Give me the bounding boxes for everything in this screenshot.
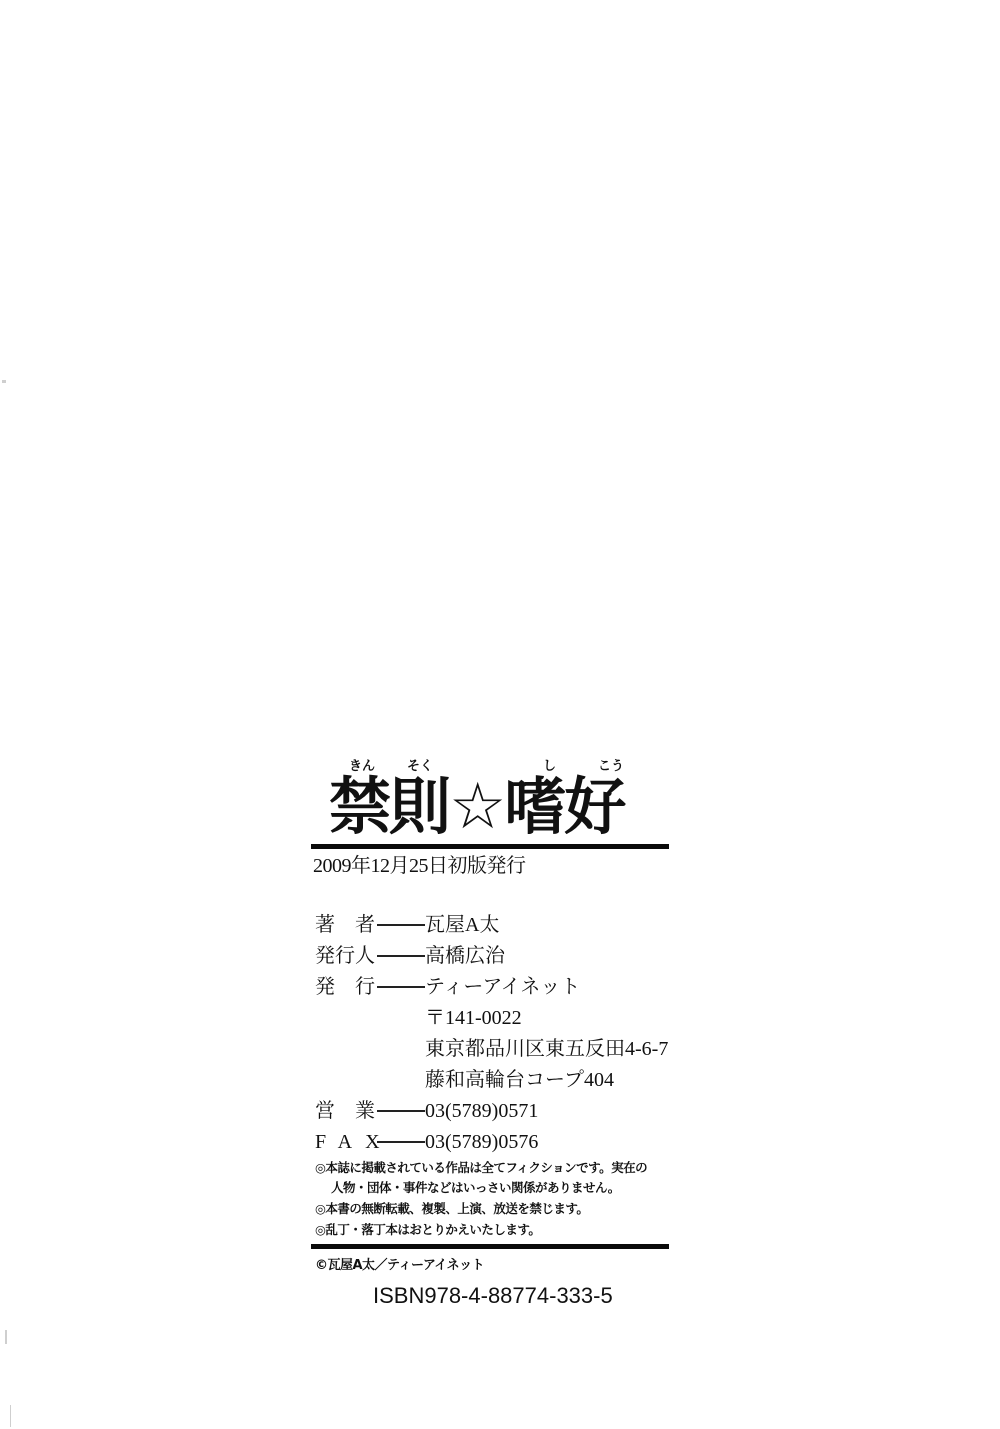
credit-value-publisher: ティーアイネット [425, 974, 580, 1000]
scan-artifact [5, 1330, 7, 1344]
note-reproduction: ◎本書の無断転載、複製、上演、放送を禁じます。 [315, 1199, 588, 1219]
dash-divider [377, 1110, 425, 1112]
star-icon: ☆ [449, 770, 504, 844]
credit-value-fax: 03(5789)0576 [425, 1129, 538, 1155]
credit-publisher: 発 行ティーアイネット [315, 974, 580, 1000]
credit-publisher-person: 発行人高橋広治 [315, 943, 505, 969]
dash-divider [377, 955, 425, 957]
address-street: 東京都品川区東五反田4-6-7 [425, 1036, 668, 1062]
isbn: ISBN978-4-88774-333-5 [373, 1283, 613, 1309]
title-char-3: 嗜 [504, 770, 564, 843]
scan-artifact [2, 380, 6, 383]
note-fiction-cont: 人物・団体・事件などはいっさい関係がありません。 [331, 1178, 620, 1198]
credit-label-fax: FAX [315, 1129, 377, 1155]
note-fiction: ◎本誌に掲載されている作品は全てフィクションです。実在の [315, 1158, 647, 1178]
note-replacement: ◎乱丁・落丁本はおとりかえいたします。 [315, 1220, 540, 1240]
title-char-4: 好 [564, 770, 624, 843]
scan-artifact [10, 1405, 11, 1427]
title-block: きん そく し こう 禁則☆嗜好 [311, 755, 671, 847]
divider-bottom [311, 1244, 669, 1249]
title-char-1: 禁 [329, 770, 389, 843]
colophon: きん そく し こう 禁則☆嗜好 2009年12月25日初版発行 著 者瓦屋A太… [311, 755, 671, 847]
address-building: 藤和高輪台コープ404 [425, 1067, 614, 1093]
credit-value-author: 瓦屋A太 [425, 912, 499, 938]
credit-value-publisher-person: 高橋広治 [425, 943, 505, 969]
credit-label-publisher: 発 行 [315, 974, 377, 1000]
dash-divider [377, 924, 425, 926]
credit-fax: FAX03(5789)0576 [315, 1129, 538, 1155]
credit-label-sales: 営 業 [315, 1098, 377, 1124]
credit-author: 著 者瓦屋A太 [315, 912, 499, 938]
book-title: 禁則☆嗜好 [329, 769, 624, 845]
edition-date: 2009年12月25日初版発行 [313, 849, 526, 878]
address-postal-code: 〒141-0022 [425, 1005, 522, 1031]
copyright-notice: ©瓦屋A太／ティーアイネット [315, 1254, 484, 1273]
credit-label-publisher-person: 発行人 [315, 943, 377, 969]
credit-label-author: 著 者 [315, 912, 377, 938]
dash-divider [377, 1141, 425, 1143]
credit-sales: 営 業03(5789)0571 [315, 1098, 538, 1124]
credit-value-sales: 03(5789)0571 [425, 1098, 538, 1124]
title-char-2: 則 [389, 770, 449, 843]
dash-divider [377, 986, 425, 988]
